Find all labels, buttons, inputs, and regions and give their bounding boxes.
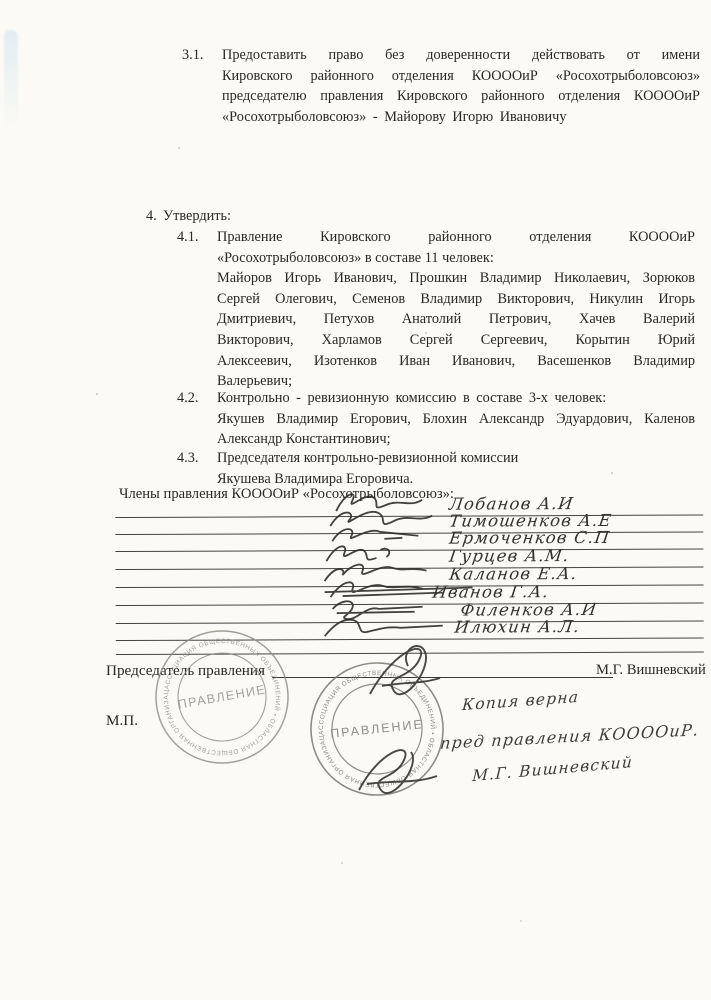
round-stamp-icon: АССОЦИАЦИЯ ОБЩЕСТВЕННЫХ ОБЪЕДИНЕНИЙ • ОБ… [143,618,301,776]
text-line: Александр Константинович; [217,429,695,450]
scan-specks [0,0,2,2]
text-line: Сергей Олегович, Семенов Владимир Виктор… [217,289,695,310]
text-line: Предоставить право без доверенности дейс… [222,45,700,66]
text-line: Алексеевич, Изотенков Иван Иванович, Вас… [217,351,695,372]
text-line: Викторович, Харламов Сергей Сергеевич, К… [217,330,695,351]
certifier-name-handwriting: М.Г. Вишневский [472,753,634,785]
stamp-place-label: М.П. [106,712,138,730]
text-line: «Росохотрыболовсоюз» в составе 11 челове… [217,248,695,269]
text-line: Контрольно - ревизионную комиссию в сост… [217,388,695,409]
clause-number: 4.1. [177,227,198,248]
text-line: Правление Кировского районного отделения… [217,227,695,248]
clause-number: 4.2. [177,388,198,409]
member-signature-list: Лобанов А.И Тимошенков А.Е Ермоченков С.… [0,0,711,2]
clause-text: Контрольно - ревизионную комиссию в сост… [217,388,695,450]
text-line: председателю правления Кировского районн… [222,86,700,107]
stamp-center-text: ПРАВЛЕНИЕ [177,682,267,711]
text-line: Дмитриевич, Петухов Анатолий Петрович, Х… [217,309,695,330]
chairman-name: М.Г. Вишневский [596,662,706,679]
clause-text: Председателя контрольно-ревизионной коми… [217,448,695,489]
stamp-center-text: ПРАВЛЕНИЕ [330,717,425,741]
clause-number: 4.3. [177,448,198,469]
text-line: Председателя контрольно-ревизионной коми… [217,448,695,469]
chairman-signature-scribble-icon [352,636,462,706]
copy-certified-handwriting: Копия верна [462,688,580,714]
clause-number: 4. [146,206,157,227]
text-line: «Росохотрыболовсоюз» - Майорову Игорю Ив… [222,107,700,128]
clause-number: 3.1. [182,45,203,66]
text-line: Кировского районного отделения КООООиР «… [222,66,700,87]
certifier-position-handwriting: пред правления КООООиР. [439,720,700,753]
scan-edge-artifact [4,30,18,140]
certifier-signature-scribble-icon [345,740,455,802]
text-line: Якушев Владимир Егорович, Блохин Алексан… [217,409,695,430]
clause-text: Правление Кировского районного отделения… [217,227,695,392]
scanned-document-page: 3.1. Предоставить право без доверенности… [0,0,711,1000]
clause-label: Утвердить: [163,206,231,227]
clause-text: Предоставить право без доверенности дейс… [222,45,700,127]
text-line: Майоров Игорь Иванович, Прошкин Владимир… [217,268,695,289]
